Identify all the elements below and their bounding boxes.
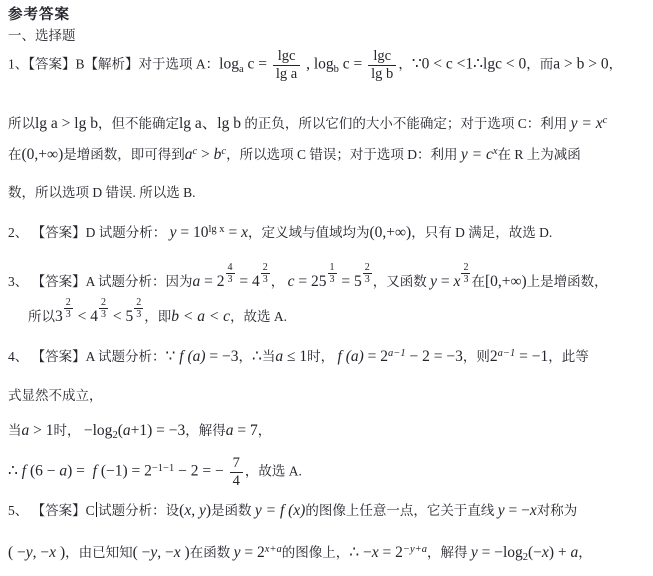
math-run: log <box>219 56 239 73</box>
text-run: ， <box>239 349 253 364</box>
paragraph-q3l1: 3、 【答案】A 试题分析：因为a = 243 = 423， c = 2513 … <box>8 266 608 291</box>
math-run: = 2 <box>200 273 224 290</box>
text-run: 是增函数，即可得到 <box>63 147 185 162</box>
math-run: = <box>225 224 242 241</box>
fraction: 74 <box>230 455 243 490</box>
exponent-fraction: 23 <box>363 262 372 285</box>
math-run: 2 <box>112 430 117 441</box>
text-run: 的图像上， <box>282 545 350 560</box>
math-run: −log <box>84 422 113 439</box>
math-run: c <box>288 273 295 290</box>
text-run: 5、 【答案】C <box>8 503 95 518</box>
math-run: a <box>185 146 193 163</box>
text-run: ， <box>271 274 288 289</box>
math-run: +1) = −3 <box>131 422 186 439</box>
math-run: y <box>498 502 505 519</box>
text-run: 对称为 <box>537 503 578 518</box>
math-run: x <box>454 273 461 290</box>
math-run: lg x <box>209 224 225 235</box>
math-run: lg a、lg b <box>179 115 241 132</box>
paragraph-q1l3: 在(0,+∞)是增函数，即可得到ac > bc，所以选项 C 错误；对于选项 D… <box>8 145 581 164</box>
math-run: a−1 <box>388 348 406 359</box>
math-run: ∴ <box>252 348 262 365</box>
math-run: c <box>603 115 608 126</box>
text-run: ，解得 <box>427 545 471 560</box>
math-run: (6 − <box>26 463 59 480</box>
math-run: ) <box>181 544 190 561</box>
math-run: x, y <box>184 502 206 519</box>
exponent-fraction: 43 <box>226 262 235 285</box>
text-run: ，故选 A. <box>230 309 287 324</box>
math-run: < 5 <box>109 308 133 325</box>
text-run: ，即 <box>144 309 171 324</box>
text-run: ，由已知知 <box>65 545 133 560</box>
text-run: ，故选 A. <box>245 464 302 479</box>
math-run: y <box>430 273 437 290</box>
math-run: a <box>275 348 283 365</box>
math-run: < 4 <box>74 308 98 325</box>
math-run: y <box>26 544 33 561</box>
exponent-fraction: 13 <box>328 262 337 285</box>
math-run: −y+a <box>403 544 427 555</box>
math-run: −1−1 <box>152 463 174 474</box>
fraction: lgclg a <box>273 48 300 83</box>
math-run: ) + <box>549 544 571 561</box>
fraction-denominator: 3 <box>328 274 337 285</box>
fraction-numerator: lgc <box>368 48 396 66</box>
math-run: (−1) = 2 <box>97 463 152 480</box>
fraction-denominator: lg a <box>273 66 300 83</box>
math-run: c = <box>339 56 366 73</box>
text-run: ，则 <box>463 349 490 364</box>
math-run: 3 <box>55 308 63 325</box>
math-run: a <box>226 422 234 439</box>
text-run: ， <box>609 57 623 72</box>
math-run: = 2 <box>364 348 388 365</box>
math-run: lg a > lg b <box>35 115 98 132</box>
text-run: 4、 【答案】A 试题分析： <box>8 349 166 364</box>
math-run: a <box>59 463 67 480</box>
math-run: x <box>542 544 549 561</box>
math-run: y = c <box>461 146 493 163</box>
text-run: 在 <box>8 147 22 162</box>
fraction-denominator: 3 <box>363 274 372 285</box>
fraction-denominator: 3 <box>64 309 73 320</box>
fraction-numerator: 4 <box>226 262 235 274</box>
math-run: , − <box>33 544 50 561</box>
math-run: , − <box>157 544 174 561</box>
fraction-numerator: 2 <box>99 297 108 309</box>
fraction-numerator: 2 <box>134 297 143 309</box>
text-run: 在 R 上为减函 <box>498 147 581 162</box>
text-run: ，但不能确定 <box>98 116 179 131</box>
math-run: x <box>530 502 537 519</box>
math-run: (− <box>528 544 542 561</box>
math-run: [0,+∞) <box>485 273 527 290</box>
math-run: = − <box>505 502 530 519</box>
math-run: − 2 = −3 <box>406 348 463 365</box>
paragraph-section: 一、选择题 <box>8 28 76 45</box>
paragraph-q5l1: 5、 【答案】C试题分析：设(x, y)是函数 y = f (x)的图像上任意一… <box>8 501 577 520</box>
paragraph-q2: 2、 【答案】D 试题分析： y = 10lg x = x，定义域与值域均为(0… <box>8 223 552 242</box>
math-run: x <box>241 224 248 241</box>
math-run: a > b > 0 <box>553 56 608 73</box>
text-run: 所以 <box>28 309 55 324</box>
text-run: 式显然不成立， <box>8 388 103 403</box>
paragraph-title: 参考答案 <box>8 6 70 24</box>
math-run: = 4 <box>236 273 260 290</box>
math-run: ∵ <box>166 348 180 365</box>
math-run: (0,+∞) <box>369 224 411 241</box>
fraction-denominator: 3 <box>134 309 143 320</box>
math-run: a <box>239 64 244 75</box>
math-run: y = f (x) <box>255 502 305 519</box>
fraction-denominator: 3 <box>461 274 470 285</box>
fraction-denominator: 3 <box>261 274 270 285</box>
math-run: x <box>493 146 498 157</box>
math-run: c <box>221 146 226 157</box>
math-run: a−1 <box>498 348 516 359</box>
document-page[interactable]: 参考答案 一、选择题 1、【答案】B【解析】对于选项 A：loga c = lg… <box>0 0 653 576</box>
math-run: > <box>197 146 214 163</box>
text-run: ，只有 D 满足，故选 D. <box>411 225 552 240</box>
text-run: 的正负，所以它们的大小不能确定；对于选项 C：利用 <box>241 116 571 131</box>
text-run: 1、【答案】B【解析】对于选项 A： <box>8 57 219 72</box>
fraction-denominator: 4 <box>230 473 243 490</box>
math-run: ) = <box>67 463 93 480</box>
fraction-denominator: 3 <box>99 309 108 320</box>
fraction-numerator: 7 <box>230 455 243 473</box>
math-run: ∵0 < c <1∴lgc < 0 <box>412 56 526 73</box>
text-run: 在函数 <box>190 545 234 560</box>
paragraph-q1l1: 1、【答案】B【解析】对于选项 A：loga c = lgclg a , log… <box>8 48 622 83</box>
math-run: ≤ 1 <box>283 348 307 365</box>
math-run: c = <box>244 56 271 73</box>
text-run: 的图像上任意一点，它关于直线 <box>305 503 497 518</box>
math-run: = −log <box>478 544 523 561</box>
text-run: 时， <box>307 349 337 364</box>
math-run: = <box>437 273 454 290</box>
math-run: y = x <box>571 115 603 132</box>
fraction-numerator: 2 <box>261 262 270 274</box>
math-run: ( − <box>8 544 26 561</box>
text-run: ，所以选项 C 错误；对于选项 D：利用 <box>226 147 461 162</box>
paragraph-q4l3: 当a > 1时， −log2(a+1) = −3，解得a = 7， <box>8 421 271 440</box>
fraction-numerator: 1 <box>328 262 337 274</box>
math-run: x <box>372 544 379 561</box>
text-cursor <box>96 502 98 517</box>
paragraph-q4l1: 4、 【答案】A 试题分析：∵ f (a) = −3，∴当a ≤ 1时， f (… <box>8 347 589 366</box>
paragraph-q4l4: ∴ f (6 − a) = f (−1) = 2−1−1 − 2 = − 74，… <box>8 455 302 490</box>
text-run: 上是增函数， <box>527 274 608 289</box>
math-run: x <box>174 544 181 561</box>
text-run: ， <box>258 423 272 438</box>
math-run: − 2 = − <box>174 463 227 480</box>
math-run: c <box>193 146 198 157</box>
math-run: f (a) <box>179 348 205 365</box>
text-run: 当 <box>8 423 22 438</box>
text-run: 试题分析：设 <box>98 503 179 518</box>
paragraph-q1l4: 数，所以选项 D 错误. 所以选 B. <box>8 185 196 202</box>
text-run: 2、 【答案】D 试题分析： <box>8 225 170 240</box>
exponent-fraction: 23 <box>261 262 270 285</box>
fraction-numerator: lgc <box>273 48 300 66</box>
math-run: = 2 <box>240 544 264 561</box>
text-run: 时， <box>54 423 84 438</box>
math-run: b <box>334 64 339 75</box>
math-run: = 7 <box>234 422 258 439</box>
math-run: (0,+∞) <box>22 146 64 163</box>
fraction: lgclg b <box>368 48 396 83</box>
math-run: ) <box>56 544 65 561</box>
math-run: a <box>123 422 131 439</box>
math-run: ( − <box>133 544 151 561</box>
paragraph-q5l2: ( −y, −x )，由已知知( −y, −x )在函数 y = 2x+a的图像… <box>8 543 592 562</box>
math-run: y <box>170 224 177 241</box>
text-run: ，此等 <box>548 349 589 364</box>
text-run: ，定义域与值域均为 <box>248 225 370 240</box>
exponent-fraction: 23 <box>134 297 143 320</box>
text-run: 3、 【答案】A 试题分析：因为 <box>8 274 193 289</box>
text-run: 在 <box>471 274 485 289</box>
text-run: 所以 <box>8 116 35 131</box>
math-run: f (a) <box>338 348 364 365</box>
text-run: ， <box>398 57 412 72</box>
text-run: ，解得 <box>185 423 226 438</box>
exponent-fraction: 23 <box>64 297 73 320</box>
math-run: y <box>471 544 478 561</box>
math-run: = 5 <box>338 273 362 290</box>
math-run: , log <box>302 56 333 73</box>
math-run: = 2 <box>379 544 403 561</box>
fraction-numerator: 2 <box>461 262 470 274</box>
fraction-numerator: 2 <box>64 297 73 309</box>
text-run: ， <box>578 545 592 560</box>
paragraph-q1l2: 所以lg a > lg b，但不能确定lg a、lg b 的正负，所以它们的大小… <box>8 114 607 133</box>
text-run: ，而 <box>526 57 553 72</box>
text-run: 当 <box>262 349 276 364</box>
math-run: b < a < c <box>171 308 230 325</box>
math-run: 2 <box>490 348 498 365</box>
fraction-numerator: 2 <box>363 262 372 274</box>
paragraph-q3l2: 所以323 < 423 < 523，即b < a < c，故选 A. <box>28 301 287 326</box>
fraction-denominator: lg b <box>368 66 396 83</box>
exponent-fraction: 23 <box>461 262 470 285</box>
math-run: = 25 <box>295 273 327 290</box>
math-run: 2 <box>523 552 528 563</box>
fraction-denominator: 3 <box>226 274 235 285</box>
math-run: ∴ − <box>349 544 371 561</box>
math-run: = 10 <box>177 224 209 241</box>
math-run: x+a <box>265 544 282 555</box>
math-run: ∴ <box>8 463 22 480</box>
math-run: = −1 <box>515 348 548 365</box>
math-run: = −3 <box>206 348 239 365</box>
exponent-fraction: 23 <box>99 297 108 320</box>
text-run: 是函数 <box>211 503 255 518</box>
text-run: 数，所以选项 D 错误. 所以选 B. <box>8 185 196 200</box>
text-run: ，又函数 <box>373 274 430 289</box>
paragraph-q4l2: 式显然不成立， <box>8 388 103 405</box>
math-run: > 1 <box>29 422 53 439</box>
